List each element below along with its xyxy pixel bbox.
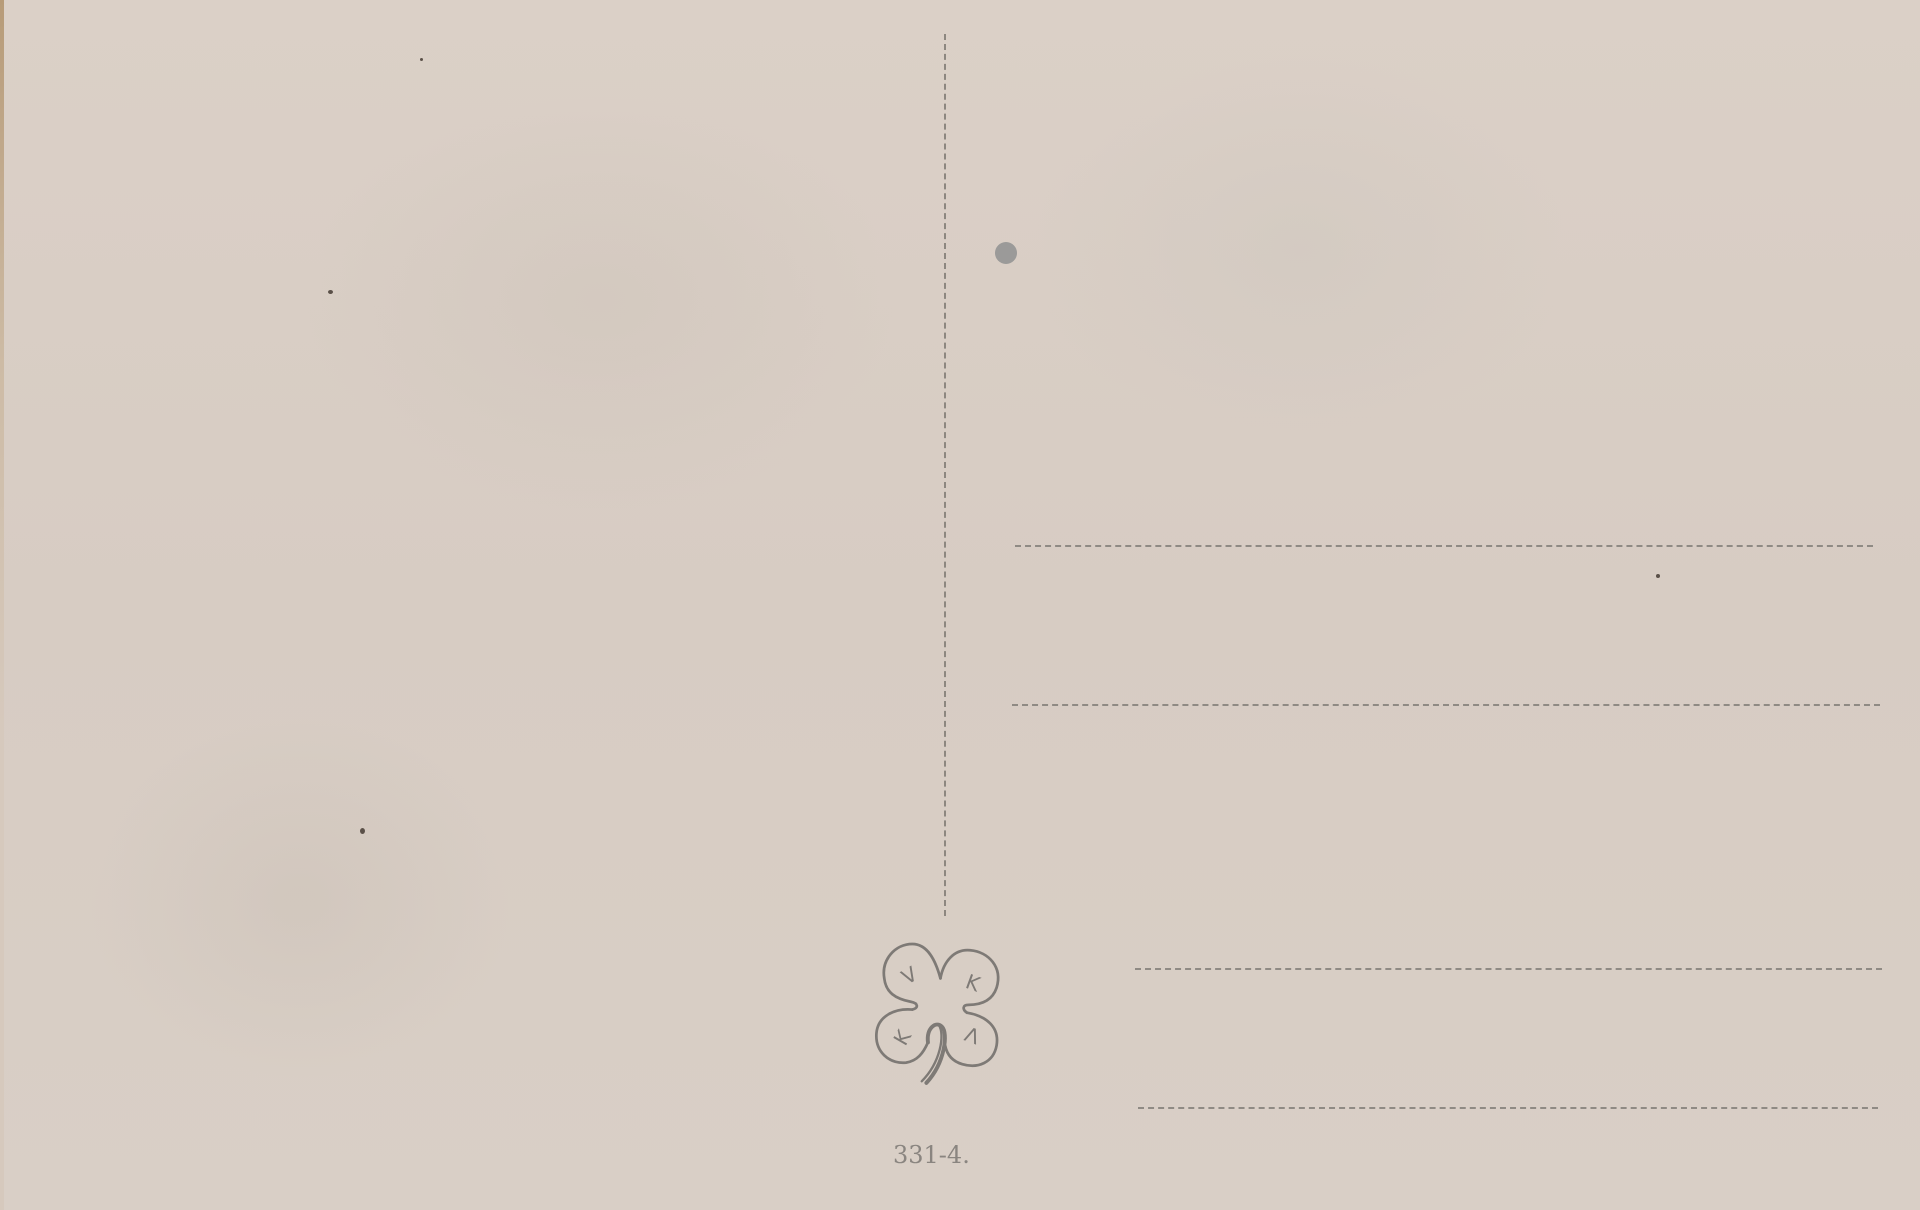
- paper-speck: [420, 58, 423, 61]
- petal-letter: K: [889, 1025, 917, 1049]
- address-line-4: [1138, 1107, 1878, 1109]
- card-edge: [0, 0, 4, 1210]
- petal-letter: V: [962, 1021, 983, 1048]
- stamp-mark-dot: [995, 242, 1017, 264]
- address-line-2: [1012, 704, 1880, 706]
- petal-letter: K: [963, 969, 984, 996]
- four-leaf-clover-icon: V K K V: [862, 930, 1022, 1125]
- message-address-divider: [944, 34, 946, 916]
- paper-speck: [1656, 574, 1660, 578]
- address-line-3: [1135, 968, 1882, 970]
- paper-speck: [360, 828, 365, 834]
- catalog-number: 331-4.: [893, 1141, 993, 1169]
- address-line-1: [1015, 545, 1873, 547]
- paper-speck: [328, 290, 333, 294]
- petal-letter: V: [897, 962, 921, 990]
